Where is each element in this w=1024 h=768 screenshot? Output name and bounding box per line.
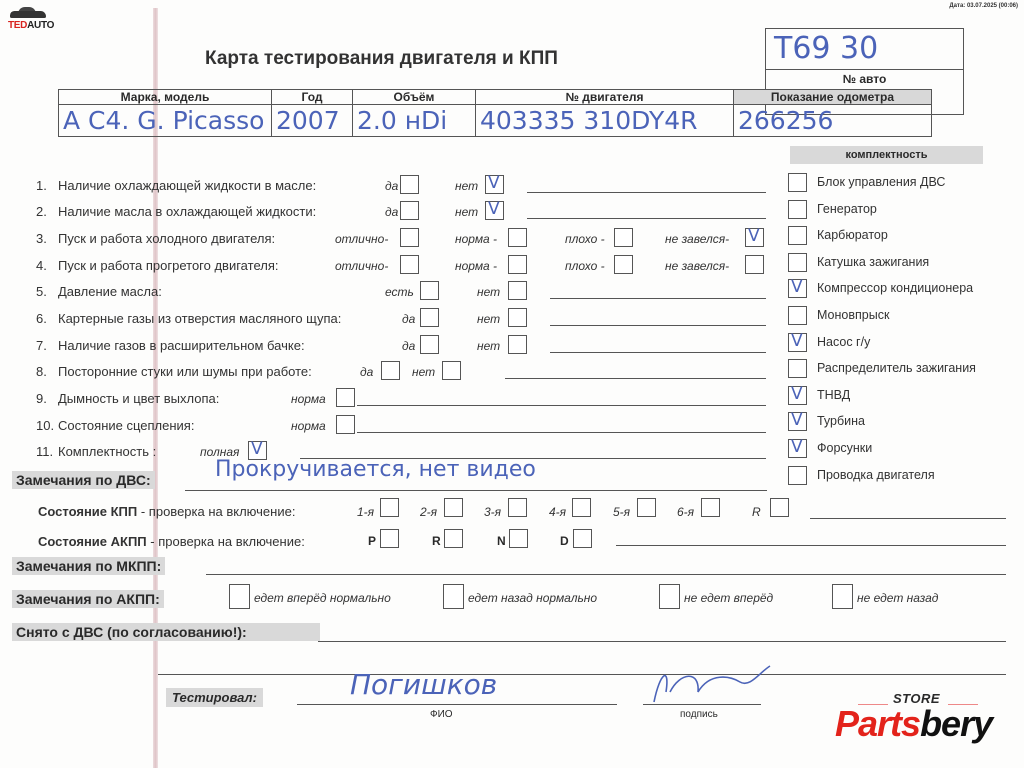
removed-line[interactable] <box>318 641 1006 642</box>
checkbox[interactable] <box>400 201 419 220</box>
check-label: Состояние сцепления: <box>58 418 194 433</box>
option-label: да <box>385 179 398 193</box>
kpp-state-rest: - проверка на включение: <box>137 504 295 519</box>
option-label: нет <box>455 179 478 193</box>
check-number: 1. <box>36 178 56 193</box>
completeness-checkbox[interactable] <box>788 359 807 378</box>
completeness-item: Компрессор кондиционера <box>817 281 973 295</box>
remark-line[interactable] <box>505 378 766 379</box>
check-label: Наличие газов в расширительном бачке: <box>58 338 305 353</box>
akpp-state-bold: Состояние АКПП <box>38 534 147 549</box>
gear-label: 4-я <box>549 505 566 519</box>
gear-label: 2-я <box>420 505 437 519</box>
completeness-item: ТНВД <box>817 388 850 402</box>
completeness-item: Моновпрыск <box>817 308 889 322</box>
gear-label: 5-я <box>613 505 630 519</box>
completeness-header: комплектность <box>790 146 983 164</box>
akpp-state-rest: - проверка на включение: <box>147 534 305 549</box>
removed-line-2 <box>158 674 1006 675</box>
option-label: да <box>402 339 415 353</box>
gear-label: R <box>432 534 441 548</box>
akpp-remark-option: не едет назад <box>857 591 938 605</box>
check-label: Комплектность : <box>58 444 156 459</box>
name-caption: ФИО <box>430 709 453 720</box>
akpp-state-label: Состояние АКПП - проверка на включение: <box>38 534 305 549</box>
gear-checkbox[interactable] <box>380 498 399 517</box>
gear-label: 1-я <box>357 505 374 519</box>
check-number: 8. <box>36 364 56 379</box>
checkbox[interactable] <box>508 281 527 300</box>
check-number: 10. <box>36 418 56 433</box>
gear-checkbox[interactable] <box>444 498 463 517</box>
gear-checkbox[interactable] <box>572 498 591 517</box>
check-number: 9. <box>36 391 56 406</box>
auto-number-value: T69 30 <box>774 31 878 66</box>
akpp-remark-checkbox[interactable] <box>832 584 853 609</box>
akpp-remark-option: не едет вперёд <box>684 591 773 605</box>
akpp-remark-option: едет назад нормально <box>468 591 597 605</box>
akpp-remark-checkbox[interactable] <box>229 584 250 609</box>
gear-checkbox[interactable] <box>380 529 399 548</box>
completeness-item: Насос г/у <box>817 335 870 349</box>
option-label: не завелся- <box>665 232 729 246</box>
option-label: есть <box>385 285 414 299</box>
checkbox[interactable] <box>508 228 527 247</box>
completeness-checkbox[interactable] <box>788 226 807 245</box>
value-engine-no[interactable]: 403335 310DY4R <box>476 105 734 137</box>
akpp-remark-checkbox[interactable] <box>659 584 680 609</box>
signature-caption: подпись <box>680 709 718 720</box>
completeness-item: Проводка двигателя <box>817 468 935 482</box>
completeness-checkbox[interactable] <box>788 466 807 485</box>
value-year[interactable]: 2007 <box>272 105 353 137</box>
removed-label: Снято с ДВС (по согласованию!): <box>12 623 320 641</box>
date-label: Дата: 03.07.2025 (00:06) <box>949 3 1018 9</box>
check-number: 2. <box>36 204 56 219</box>
completeness-checkbox[interactable] <box>788 200 807 219</box>
option-label: нет <box>477 339 500 353</box>
completeness-item: Катушка зажигания <box>817 255 929 269</box>
completeness-checkbox[interactable] <box>788 333 807 352</box>
completeness-item: Турбина <box>817 414 865 428</box>
completeness-checkbox[interactable] <box>788 253 807 272</box>
gear-checkbox[interactable] <box>637 498 656 517</box>
mkpp-remarks-label: Замечания по МКПП: <box>12 557 165 575</box>
remark-line[interactable] <box>550 325 766 326</box>
option-label: норма - <box>455 259 497 273</box>
engine-remarks-value[interactable]: Прокручивается, нет видео <box>215 457 536 482</box>
gear-checkbox[interactable] <box>444 529 463 548</box>
completeness-item: Генератор <box>817 202 877 216</box>
option-label: да <box>402 312 415 326</box>
logo-black-text: AUTO <box>27 20 54 31</box>
logo-red-text: TED <box>8 20 27 31</box>
check-number: 11. <box>36 444 56 459</box>
checkbox[interactable] <box>614 255 633 274</box>
check-label: Картерные газы из отверстия масляного щу… <box>58 311 341 326</box>
checkbox[interactable] <box>745 228 764 247</box>
check-label: Пуск и работа холодного двигателя: <box>58 231 275 246</box>
gear-checkbox[interactable] <box>770 498 789 517</box>
akpp-remarks-label: Замечания по АКПП: <box>12 590 164 608</box>
checkbox[interactable] <box>485 201 504 220</box>
remark-line[interactable] <box>550 298 766 299</box>
checkbox[interactable] <box>442 361 461 380</box>
option-label: норма - <box>455 232 497 246</box>
remark-line[interactable] <box>357 405 766 406</box>
checkbox[interactable] <box>381 361 400 380</box>
option-label: плохо - <box>565 259 605 273</box>
mkpp-remarks-line[interactable] <box>206 574 1006 575</box>
value-make[interactable]: A C4. G. Picasso <box>59 105 272 137</box>
checkbox[interactable] <box>420 335 439 354</box>
tested-by-label: Тестировал: <box>166 688 263 707</box>
check-label: Наличие масла в охлаждающей жидкости: <box>58 204 316 219</box>
option-label: не завелся- <box>665 259 729 273</box>
car-icon <box>8 6 48 20</box>
checkbox[interactable] <box>336 388 355 407</box>
option-label: отлично- <box>335 259 388 273</box>
engine-remarks-label: Замечания по ДВС: <box>12 471 155 489</box>
gear-label: R <box>752 505 761 519</box>
option-label: да <box>385 205 398 219</box>
checkbox[interactable] <box>336 415 355 434</box>
checkbox[interactable] <box>508 255 527 274</box>
checkbox[interactable] <box>420 308 439 327</box>
auto-number-label: № авто <box>766 69 963 86</box>
completeness-checkbox[interactable] <box>788 279 807 298</box>
option-label: норма <box>291 419 326 433</box>
tester-name[interactable]: Погишков <box>350 668 497 701</box>
kpp-state-bold: Состояние КПП <box>38 504 137 519</box>
completeness-item: Блок управления ДВС <box>817 175 945 189</box>
akpp-remark-checkbox[interactable] <box>443 584 464 609</box>
check-label: Давление масла: <box>58 284 162 299</box>
gear-label: N <box>497 534 506 548</box>
option-label: отлично- <box>335 232 388 246</box>
option-label: норма <box>291 392 326 406</box>
option-label: плохо - <box>565 232 605 246</box>
check-number: 3. <box>36 231 56 246</box>
check-number: 4. <box>36 258 56 273</box>
check-number: 5. <box>36 284 56 299</box>
vehicle-table: Марка, модель Год Объём № двигателя Пока… <box>58 89 932 137</box>
completeness-checkbox[interactable] <box>788 173 807 192</box>
tedauto-logo: TEDAUTO <box>8 6 52 31</box>
remark-line[interactable] <box>527 192 766 193</box>
option-label: нет <box>477 285 500 299</box>
check-label: Пуск и работа прогретого двигателя: <box>58 258 278 273</box>
checkbox[interactable] <box>485 175 504 194</box>
partsbery-logo: Partsbery <box>835 703 992 745</box>
kpp-line <box>810 518 1006 519</box>
engine-remarks-line <box>185 490 767 491</box>
gear-label: D <box>560 534 569 548</box>
option-label: нет <box>455 205 478 219</box>
col-volume: Объём <box>353 90 476 105</box>
remark-line[interactable] <box>357 432 766 433</box>
col-year: Год <box>272 90 353 105</box>
value-odometer[interactable]: 266256 <box>734 105 932 137</box>
checkbox[interactable] <box>420 281 439 300</box>
gear-checkbox[interactable] <box>701 498 720 517</box>
check-number: 7. <box>36 338 56 353</box>
gear-checkbox[interactable] <box>509 529 528 548</box>
gear-label: 6-я <box>677 505 694 519</box>
completeness-checkbox[interactable] <box>788 306 807 325</box>
checkbox[interactable] <box>508 335 527 354</box>
gear-label: 3-я <box>484 505 501 519</box>
gear-checkbox[interactable] <box>508 498 527 517</box>
brand-red: Parts <box>835 703 920 744</box>
brand-black: bery <box>920 703 992 744</box>
checkbox[interactable] <box>745 255 764 274</box>
col-engine-no: № двигателя <box>476 90 734 105</box>
value-volume[interactable]: 2.0 нDi <box>353 105 476 137</box>
col-odometer: Показание одометра <box>734 90 932 105</box>
completeness-checkbox[interactable] <box>788 412 807 431</box>
checkbox[interactable] <box>400 228 419 247</box>
akpp-remark-option: едет вперёд нормально <box>254 591 391 605</box>
kpp-state-label: Состояние КПП - проверка на включение: <box>38 504 295 519</box>
remark-line[interactable] <box>527 218 766 219</box>
completeness-item: Распределитель зажигания <box>817 361 976 375</box>
option-label: да <box>360 365 373 379</box>
signature[interactable] <box>640 662 780 706</box>
check-number: 6. <box>36 311 56 326</box>
gear-checkbox[interactable] <box>573 529 592 548</box>
completeness-checkbox[interactable] <box>788 439 807 458</box>
check-label: Наличие охлаждающей жидкости в масле: <box>58 178 316 193</box>
completeness-item: Форсунки <box>817 441 872 455</box>
option-label: нет <box>412 365 435 379</box>
name-line <box>297 704 617 705</box>
signature-line <box>643 704 761 705</box>
akpp-line <box>616 545 1006 546</box>
checkbox[interactable] <box>614 228 633 247</box>
check-label: Дымность и цвет выхлопа: <box>58 391 219 406</box>
gear-label: P <box>368 534 376 548</box>
checkbox[interactable] <box>400 255 419 274</box>
option-label: нет <box>477 312 500 326</box>
check-label: Посторонние стуки или шумы при работе: <box>58 364 312 379</box>
col-make: Марка, модель <box>59 90 272 105</box>
checkbox[interactable] <box>508 308 527 327</box>
checkbox[interactable] <box>400 175 419 194</box>
remark-line[interactable] <box>550 352 766 353</box>
completeness-item: Карбюратор <box>817 228 888 242</box>
completeness-checkbox[interactable] <box>788 386 807 405</box>
page-title: Карта тестирования двигателя и КПП <box>205 48 558 70</box>
